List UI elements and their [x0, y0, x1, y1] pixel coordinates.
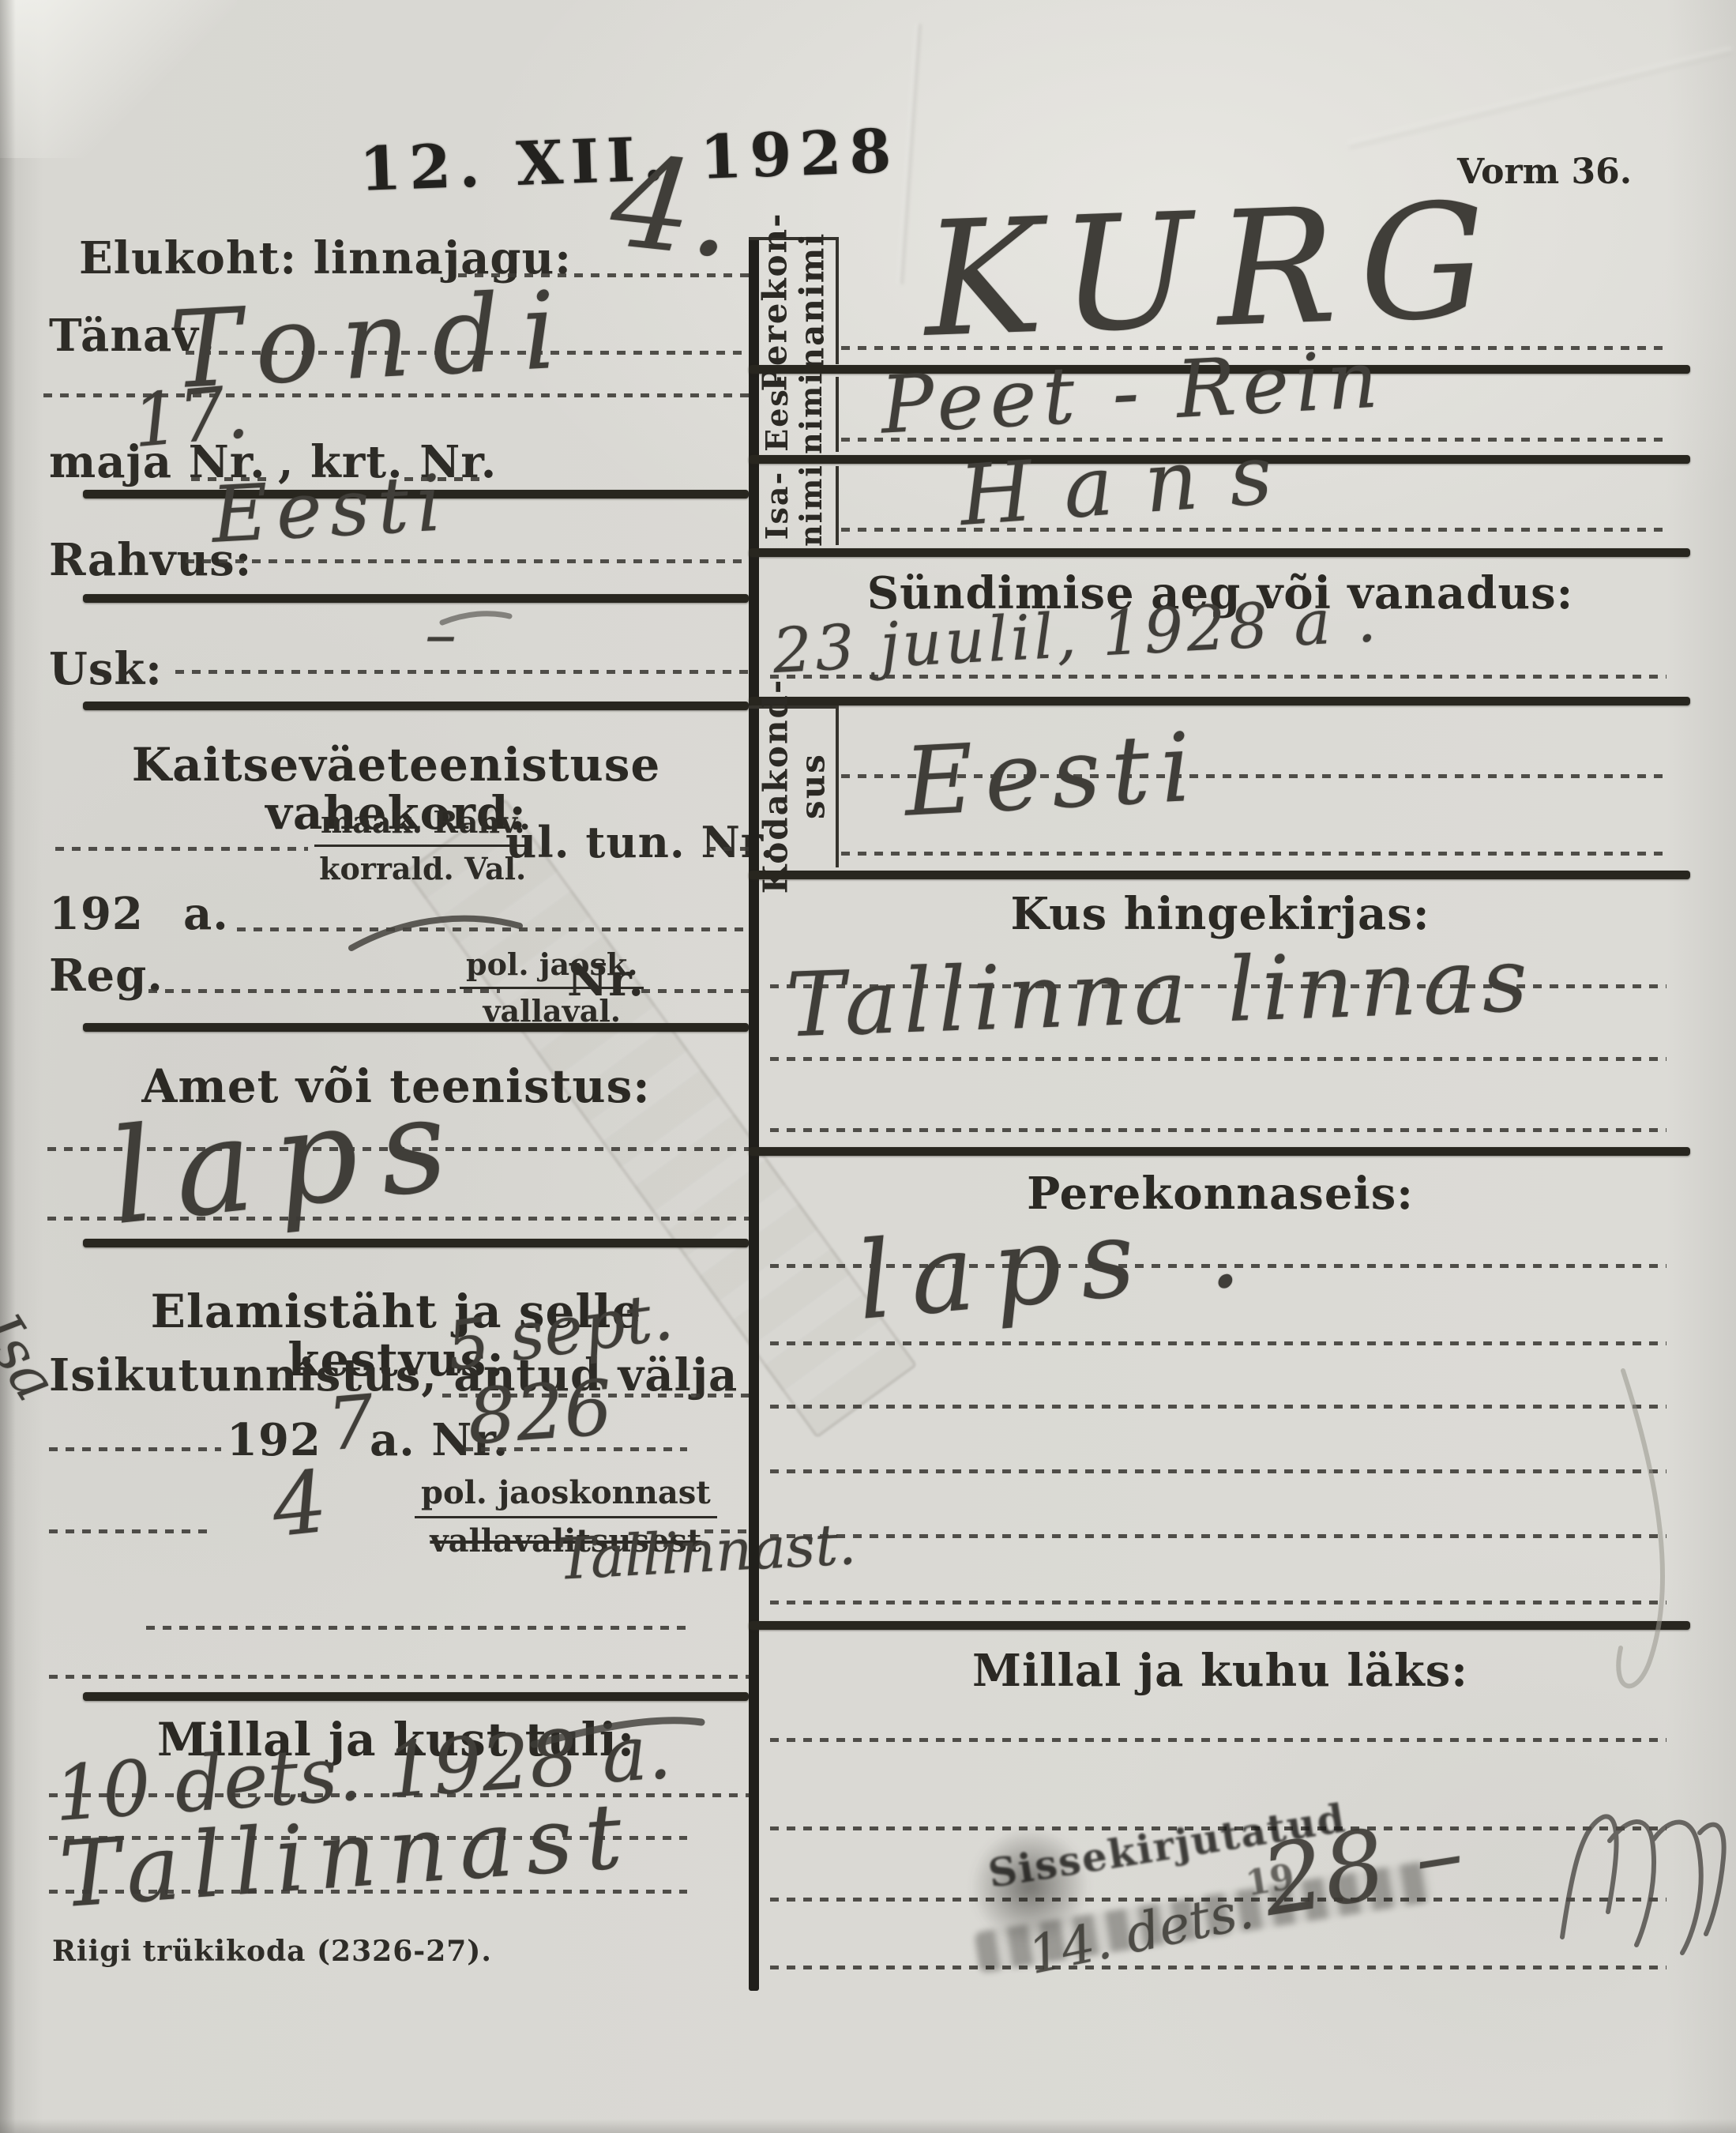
scanned-form-page: 12. XII. 1928 4. Vorm 36. Elukoht: linna… — [0, 0, 1736, 2133]
pencil-mark — [1618, 1371, 1663, 1686]
usk-dash-stroke — [442, 614, 509, 623]
signature-scribble — [1562, 1816, 1724, 1953]
reg-pen-tick — [351, 919, 520, 948]
ink-strokes-overlay — [0, 0, 1736, 2133]
tuli-heading-pen-stroke — [534, 1721, 701, 1744]
